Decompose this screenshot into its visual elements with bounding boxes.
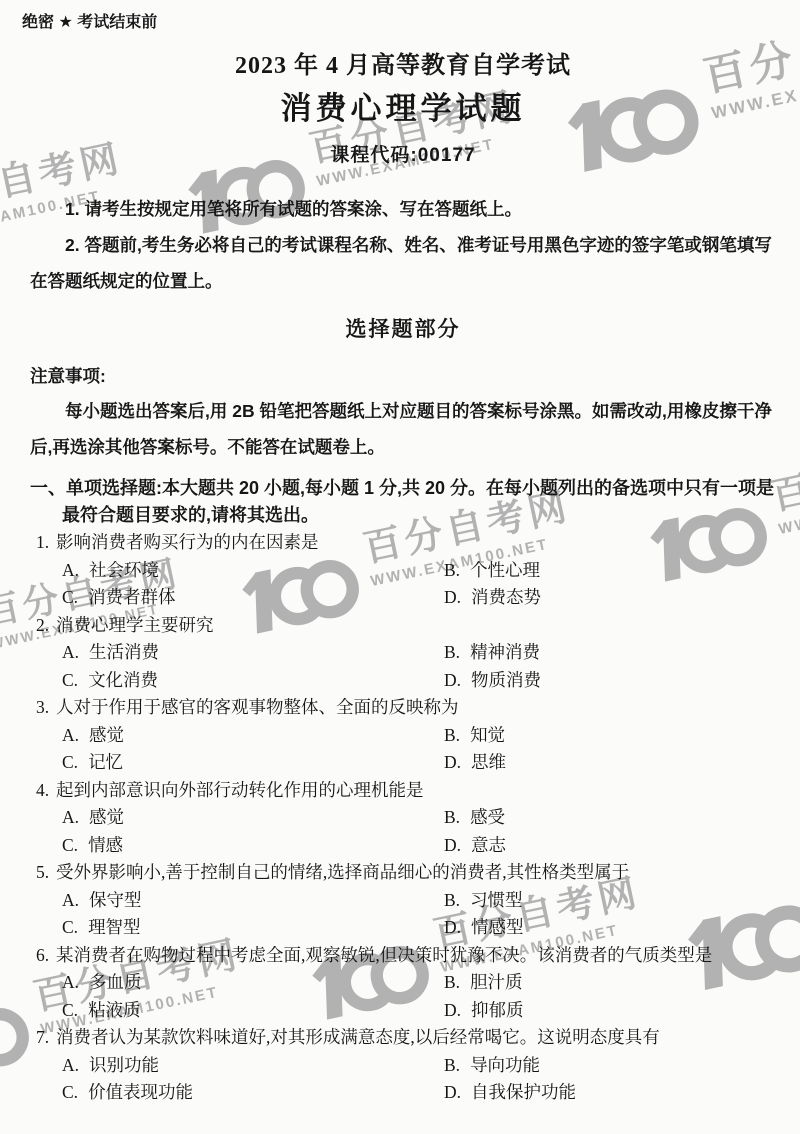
option-text: 识别功能 — [89, 1052, 159, 1080]
option-text: 情感 — [88, 832, 123, 860]
option-letter: D. — [444, 997, 461, 1025]
part-one-heading: 一、单项选择题:本大题共 20 小题,每小题 1 分,共 20 分。在每小题列出… — [30, 475, 776, 528]
option-a: A.识别功能 — [62, 1052, 444, 1080]
option-text: 导向功能 — [470, 1052, 540, 1080]
options: A.生活消费 B.精神消费 C.文化消费 D.物质消费 — [56, 639, 776, 694]
option-b: B.个性心理 — [444, 557, 776, 585]
option-letter: B. — [444, 1052, 460, 1080]
option-b: B.知觉 — [444, 722, 776, 750]
question-7: 7. 消费者认为某款饮料味道好,对其形成满意态度,以后经常喝它。这说明态度具有 … — [30, 1024, 776, 1107]
option-letter: D. — [444, 584, 461, 612]
option-text: 思维 — [471, 749, 506, 777]
option-letter: C. — [62, 832, 78, 860]
option-text: 个性心理 — [470, 557, 540, 585]
option-c: C.粘液质 — [62, 997, 444, 1025]
option-c: C.记忆 — [62, 749, 444, 777]
option-a: A.社会环境 — [62, 557, 444, 585]
question-stem: 人对于作用于感官的客观事物整体、全面的反映称为 — [56, 694, 776, 722]
option-d: D.情感型 — [444, 914, 776, 942]
option-letter: B. — [444, 804, 460, 832]
option-c: C.文化消费 — [62, 667, 444, 695]
instruction-item-2: 2. 答题前,考生务必将自己的考试课程名称、姓名、准考证号用黑色字迹的签字笔或钢… — [30, 227, 776, 299]
instruction-item-1: 1. 请考生按规定用笔将所有试题的答案涂、写在答题纸上。 — [30, 191, 776, 227]
question-number: 6. — [30, 942, 56, 970]
option-text: 生活消费 — [89, 639, 159, 667]
general-instructions: 1. 请考生按规定用笔将所有试题的答案涂、写在答题纸上。 2. 答题前,考生务必… — [30, 191, 776, 299]
option-letter: C. — [62, 584, 78, 612]
option-letter: C. — [62, 997, 78, 1025]
option-c: C.理智型 — [62, 914, 444, 942]
option-a: A.感觉 — [62, 722, 444, 750]
question-2: 2. 消费心理学主要研究 A.生活消费 B.精神消费 C.文化消费 D.物质消费 — [30, 612, 776, 695]
option-b: B.精神消费 — [444, 639, 776, 667]
question-1: 1. 影响消费者购买行为的内在因素是 A.社会环境 B.个性心理 C.消费者群体… — [30, 529, 776, 612]
question-6: 6. 某消费者在购物过程中考虑全面,观察敏锐,但决策时犹豫不决。该消费者的气质类… — [30, 942, 776, 1025]
option-b: B.习惯型 — [444, 887, 776, 915]
exam-session-title: 2023 年 4 月高等教育自学考试 — [30, 50, 776, 82]
notice-heading: 注意事项: — [30, 363, 776, 390]
option-b: B.感受 — [444, 804, 776, 832]
option-letter: A. — [62, 557, 79, 585]
option-text: 感受 — [470, 804, 505, 832]
question-stem: 消费者认为某款饮料味道好,对其形成满意态度,以后经常喝它。这说明态度具有 — [56, 1024, 776, 1052]
option-text: 胆汁质 — [470, 969, 523, 997]
option-letter: D. — [444, 832, 461, 860]
question-stem: 某消费者在购物过程中考虑全面,观察敏锐,但决策时犹豫不决。该消费者的气质类型是 — [56, 942, 776, 970]
question-4: 4. 起到内部意识向外部行动转化作用的心理机能是 A.感觉 B.感受 C.情感 … — [30, 777, 776, 860]
option-letter: B. — [444, 557, 460, 585]
question-stem: 消费心理学主要研究 — [56, 612, 776, 640]
question-list: 1. 影响消费者购买行为的内在因素是 A.社会环境 B.个性心理 C.消费者群体… — [30, 529, 776, 1107]
option-letter: A. — [62, 1052, 79, 1080]
option-letter: B. — [444, 639, 460, 667]
option-d: D.意志 — [444, 832, 776, 860]
options: A.识别功能 B.导向功能 C.价值表现功能 D.自我保护功能 — [56, 1052, 776, 1107]
option-d: D.抑郁质 — [444, 997, 776, 1025]
option-text: 消费态势 — [471, 584, 541, 612]
option-text: 社会环境 — [89, 557, 159, 585]
question-stem: 起到内部意识向外部行动转化作用的心理机能是 — [56, 777, 776, 805]
option-d: D.消费态势 — [444, 584, 776, 612]
notice-paragraph: 每小题选出答案后,用 2B 铅笔把答题纸上对应题目的答案标号涂黑。如需改动,用橡… — [30, 393, 776, 465]
option-text: 记忆 — [88, 749, 123, 777]
question-number: 1. — [30, 529, 56, 557]
option-text: 价值表现功能 — [88, 1079, 193, 1107]
option-text: 习惯型 — [470, 887, 523, 915]
option-text: 知觉 — [470, 722, 505, 750]
option-letter: D. — [444, 749, 461, 777]
question-number: 3. — [30, 694, 56, 722]
option-a: A.多血质 — [62, 969, 444, 997]
option-text: 保守型 — [89, 887, 142, 915]
question-number: 5. — [30, 859, 56, 887]
option-text: 多血质 — [89, 969, 142, 997]
option-text: 意志 — [471, 832, 506, 860]
option-letter: A. — [62, 639, 79, 667]
option-b: B.胆汁质 — [444, 969, 776, 997]
option-letter: A. — [62, 887, 79, 915]
option-letter: D. — [444, 914, 461, 942]
options: A.保守型 B.习惯型 C.理智型 D.情感型 — [56, 887, 776, 942]
option-letter: D. — [444, 667, 461, 695]
option-letter: A. — [62, 804, 79, 832]
option-c: C.情感 — [62, 832, 444, 860]
option-d: D.自我保护功能 — [444, 1079, 776, 1107]
option-text: 抑郁质 — [471, 997, 524, 1025]
option-a: A.生活消费 — [62, 639, 444, 667]
exam-paper-page: 百分自考网 WWW.EXAM100.NET 百分自考网 WWW.EXAM100.… — [0, 0, 800, 1134]
option-letter: D. — [444, 1079, 461, 1107]
option-letter: C. — [62, 749, 78, 777]
option-text: 物质消费 — [471, 667, 541, 695]
option-text: 理智型 — [88, 914, 141, 942]
options: A.感觉 B.知觉 C.记忆 D.思维 — [56, 722, 776, 777]
section-title: 选择题部分 — [30, 315, 776, 345]
option-text: 感觉 — [89, 804, 124, 832]
question-stem: 受外界影响小,善于控制自己的情绪,选择商品细心的消费者,其性格类型属于 — [56, 859, 776, 887]
option-text: 文化消费 — [88, 667, 158, 695]
course-code: 课程代码:00177 — [30, 143, 776, 169]
question-number: 7. — [30, 1024, 56, 1052]
option-text: 感觉 — [89, 722, 124, 750]
option-text: 消费者群体 — [88, 584, 176, 612]
option-b: B.导向功能 — [444, 1052, 776, 1080]
option-letter: C. — [62, 914, 78, 942]
option-c: C.价值表现功能 — [62, 1079, 444, 1107]
question-3: 3. 人对于作用于感官的客观事物整体、全面的反映称为 A.感觉 B.知觉 C.记… — [30, 694, 776, 777]
option-a: A.感觉 — [62, 804, 444, 832]
question-number: 4. — [30, 777, 56, 805]
option-c: C.消费者群体 — [62, 584, 444, 612]
option-letter: B. — [444, 969, 460, 997]
option-letter: C. — [62, 1079, 78, 1107]
option-letter: A. — [62, 722, 79, 750]
option-d: D.物质消费 — [444, 667, 776, 695]
question-stem: 影响消费者购买行为的内在因素是 — [56, 529, 776, 557]
option-text: 情感型 — [471, 914, 524, 942]
options: A.社会环境 B.个性心理 C.消费者群体 D.消费态势 — [56, 557, 776, 612]
option-a: A.保守型 — [62, 887, 444, 915]
option-text: 精神消费 — [470, 639, 540, 667]
question-5: 5. 受外界影响小,善于控制自己的情绪,选择商品细心的消费者,其性格类型属于 A… — [30, 859, 776, 942]
options: A.多血质 B.胆汁质 C.粘液质 D.抑郁质 — [56, 969, 776, 1024]
option-text: 粘液质 — [88, 997, 141, 1025]
options: A.感觉 B.感受 C.情感 D.意志 — [56, 804, 776, 859]
option-letter: A. — [62, 969, 79, 997]
paper-title: 消费心理学试题 — [30, 89, 776, 129]
option-letter: B. — [444, 887, 460, 915]
secret-label: 绝密 ★ 考试结束前 — [22, 12, 776, 34]
option-text: 自我保护功能 — [471, 1079, 576, 1107]
option-d: D.思维 — [444, 749, 776, 777]
paper-content: 绝密 ★ 考试结束前 2023 年 4 月高等教育自学考试 消费心理学试题 课程… — [0, 0, 800, 1107]
option-letter: B. — [444, 722, 460, 750]
option-letter: C. — [62, 667, 78, 695]
question-number: 2. — [30, 612, 56, 640]
